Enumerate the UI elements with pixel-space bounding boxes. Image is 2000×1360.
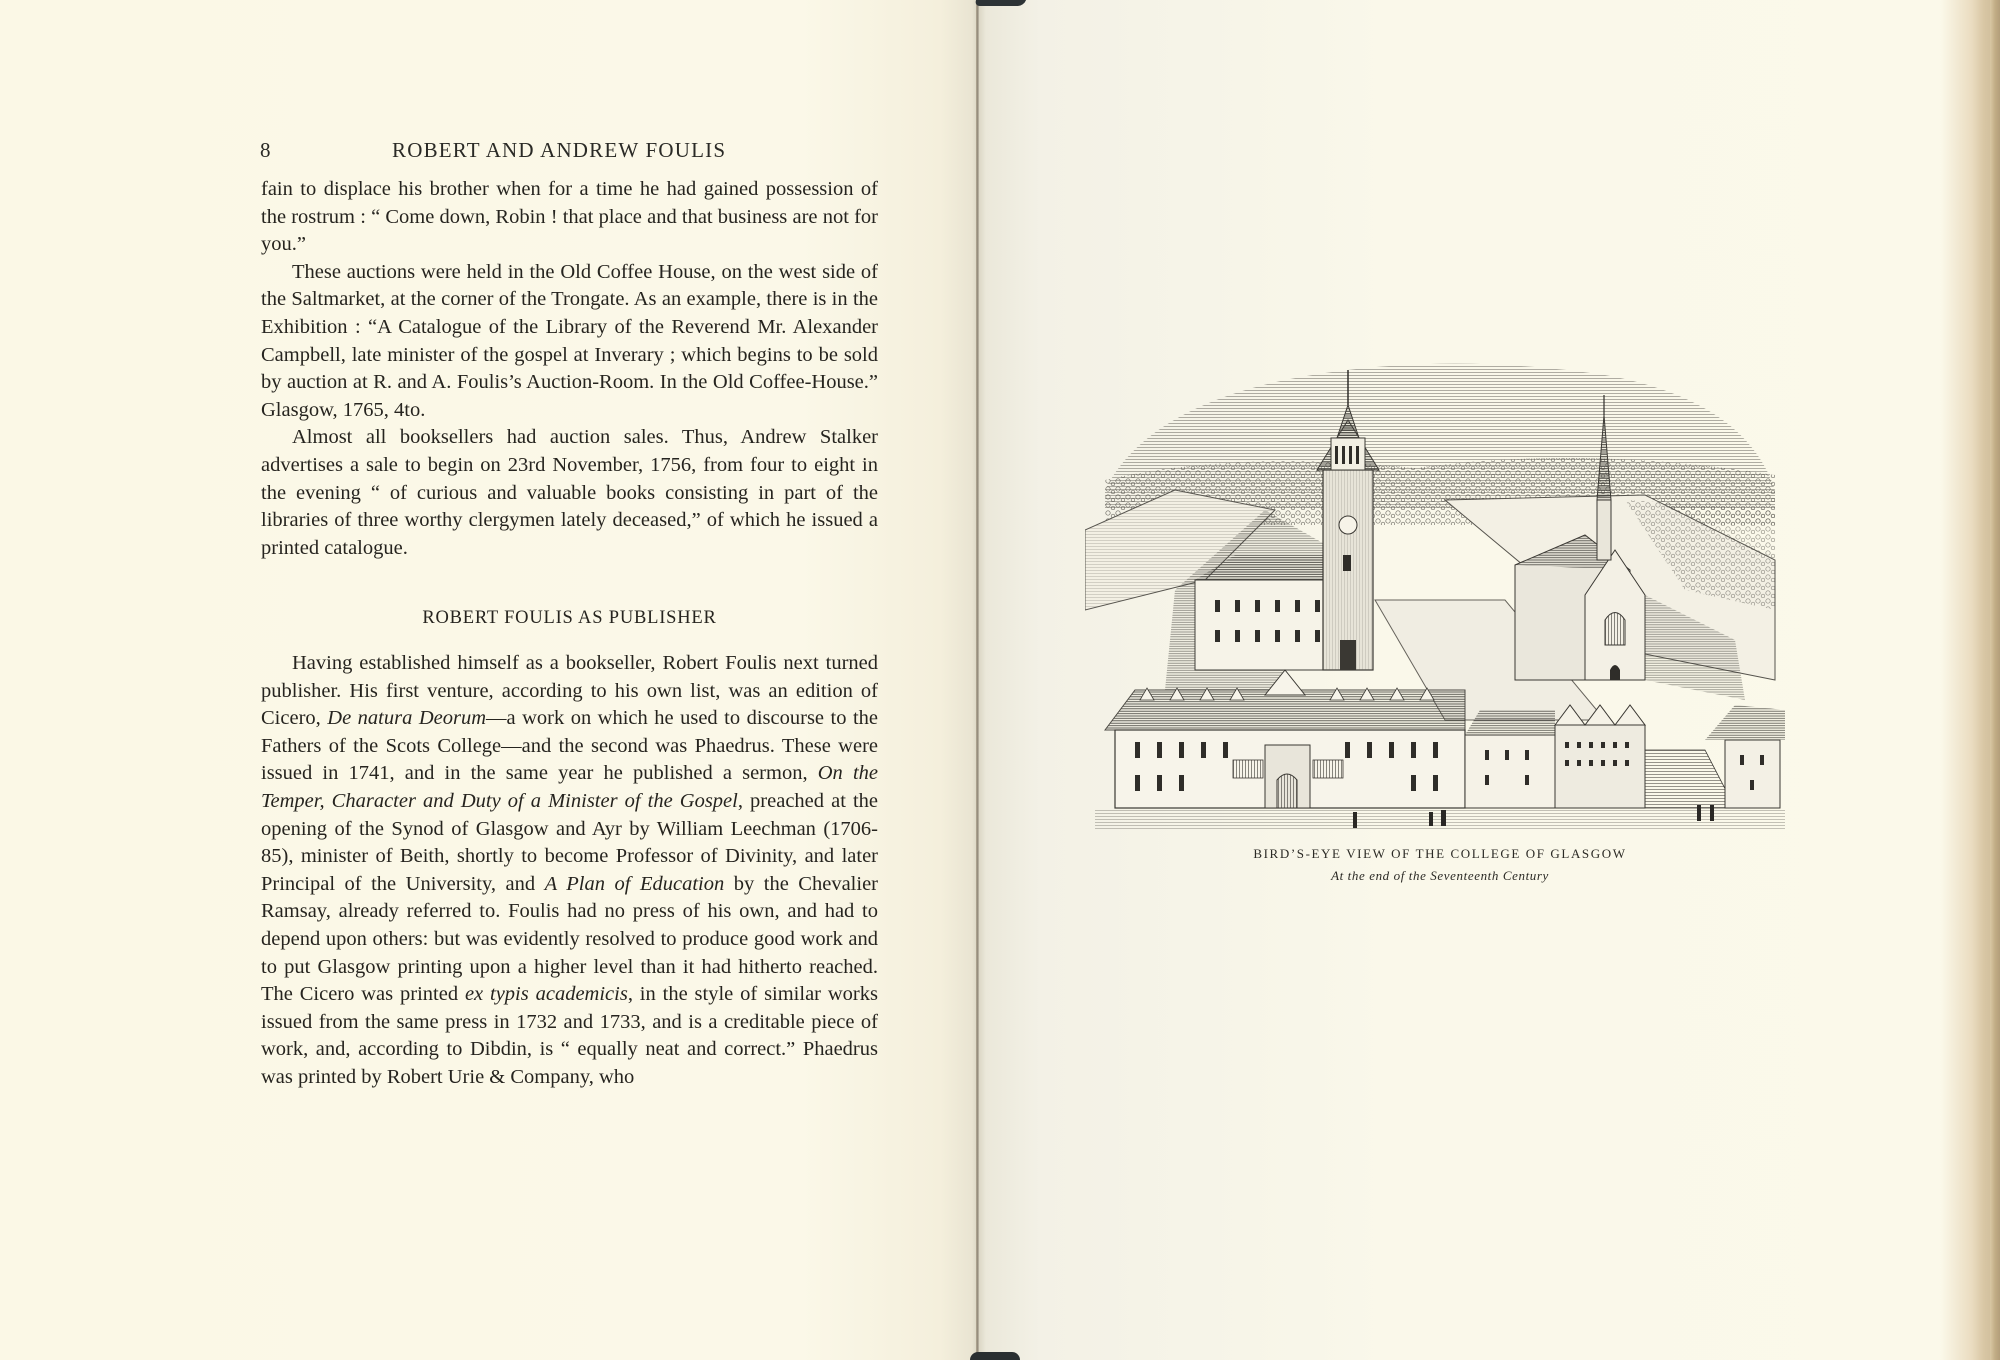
college-engraving-icon [1085, 350, 1791, 830]
italic-phrase: ex typis academicis [465, 983, 628, 1005]
body-text-top: fain to displace his brother when for a … [261, 176, 878, 562]
running-head: 8 ROBERT AND ANDREW FOULIS [260, 138, 880, 168]
engraving-illustration [1085, 350, 1791, 830]
paragraph: fain to displace his brother when for a … [261, 176, 878, 259]
page-fore-edge [1990, 0, 2000, 1360]
book-spread: 8 ROBERT AND ANDREW FOULIS fain to displ… [0, 0, 2000, 1360]
body-text-section: Having established himself as a booksell… [261, 650, 878, 1092]
italic-title: A Plan of Education [545, 873, 725, 895]
figure-caption-title: BIRD’S-EYE VIEW OF THE COLLEGE OF GLASGO… [1150, 846, 1730, 862]
paragraph: Almost all booksellers had auction sales… [261, 424, 878, 562]
italic-title: De natura Deorum [327, 707, 486, 729]
paragraph: Having established himself as a booksell… [261, 650, 878, 1092]
section-heading: ROBERT FOULIS AS PUBLISHER [261, 608, 878, 629]
paragraph: These auctions were held in the Old Coff… [261, 259, 878, 425]
running-title: ROBERT AND ANDREW FOULIS [392, 138, 726, 163]
page-number: 8 [260, 138, 272, 163]
figure-caption-subtitle: At the end of the Seventeenth Century [1150, 868, 1730, 884]
